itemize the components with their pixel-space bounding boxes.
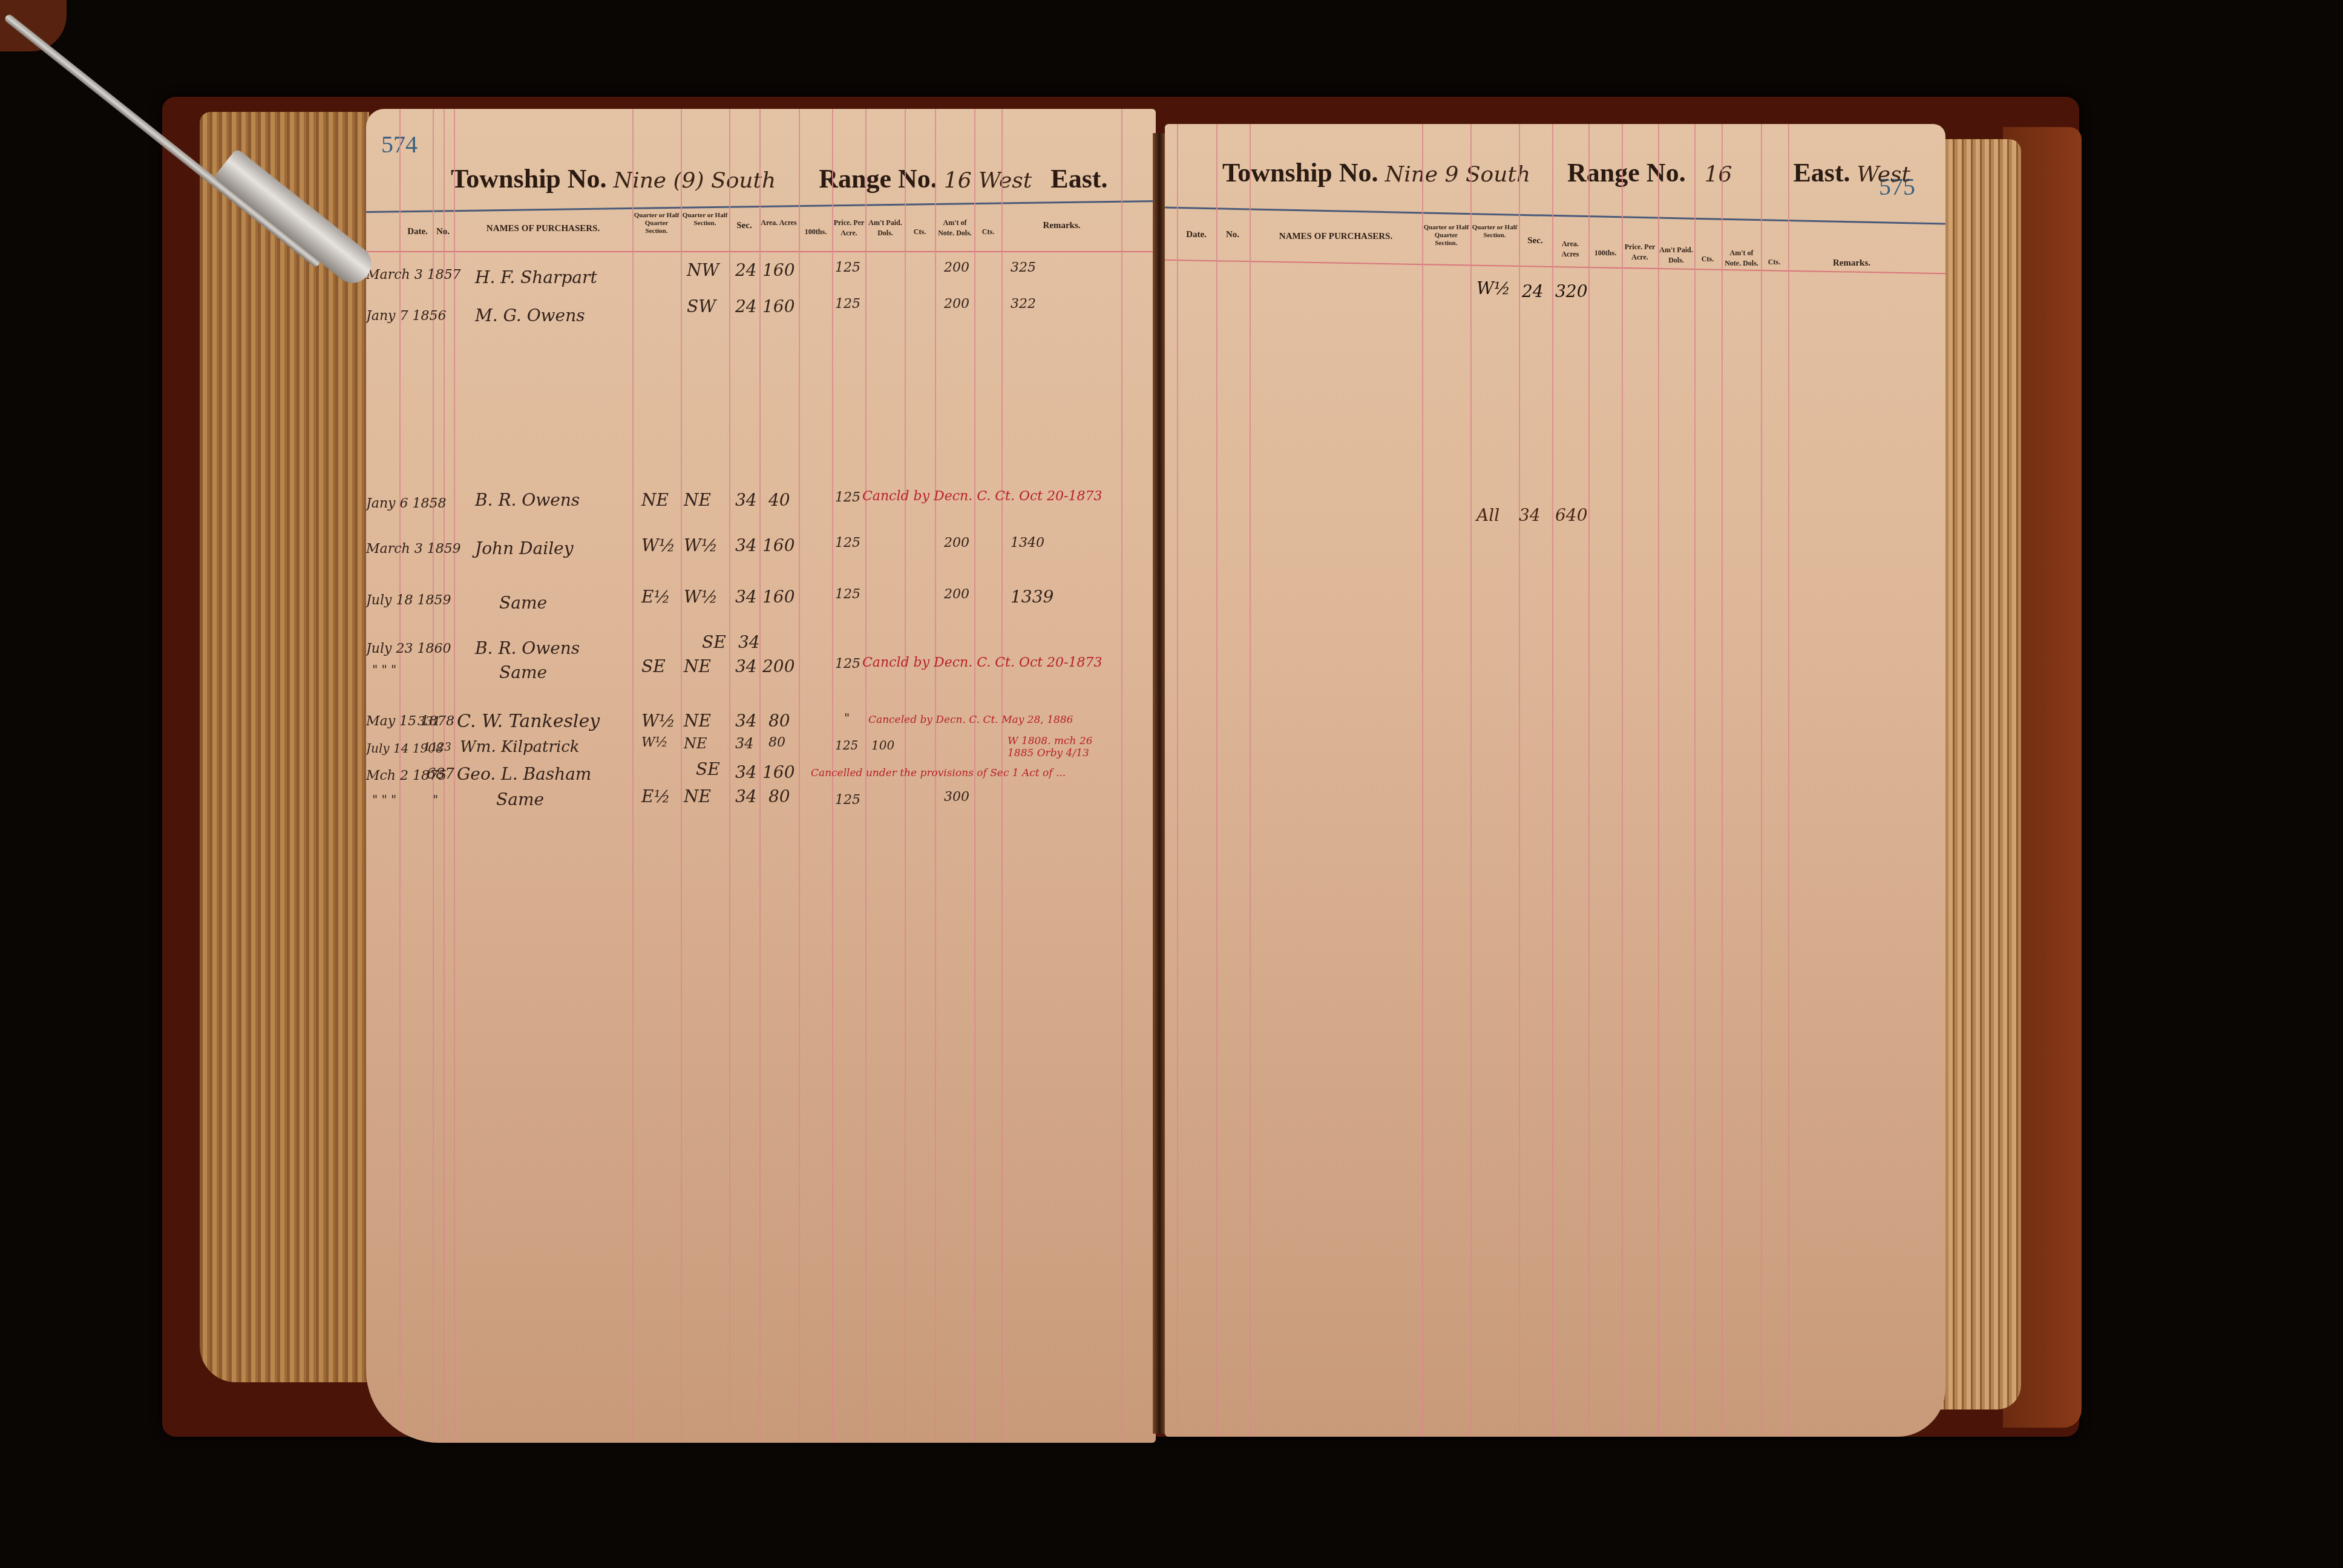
- page-block-right: [1936, 139, 2021, 1410]
- col-header-note: Am't of Note. Dols.: [1723, 248, 1760, 269]
- row-sec: 34: [738, 632, 760, 652]
- row-price: 125: [835, 738, 858, 753]
- col-header-note-cts: Cts.: [975, 227, 1001, 237]
- column-rule: [1519, 124, 1520, 1437]
- column-rule: [1250, 124, 1251, 1437]
- row-quarter: NE: [684, 490, 711, 510]
- township-label: Township No.: [451, 164, 607, 194]
- row-acres: 80: [768, 786, 790, 806]
- row-qq: W½: [641, 735, 668, 750]
- row-note: 200: [944, 587, 969, 602]
- row-acres: 320: [1555, 281, 1587, 301]
- column-rule: [1552, 124, 1553, 1437]
- header-rule: [1165, 206, 1945, 224]
- row-price: ": [844, 711, 850, 725]
- row-date: " " ": [372, 662, 396, 677]
- direction-label: East.: [1050, 164, 1107, 194]
- col-header-paid-cts: Cts.: [906, 227, 934, 237]
- row-no: 331: [418, 714, 441, 728]
- col-header-note: Am't of Note. Dols.: [936, 218, 974, 238]
- row-quarter: All: [1476, 505, 1499, 525]
- direction-value: West: [1857, 162, 1910, 187]
- row-date: July 18 1859: [366, 593, 451, 608]
- col-header-qq-section: Quarter or Half Quarter Section.: [634, 212, 680, 235]
- col-header-date: Date.: [402, 227, 433, 237]
- column-rule: [1722, 124, 1723, 1437]
- row-price: 125: [835, 296, 860, 312]
- row-qq: E½: [641, 786, 670, 806]
- row-name: B. R. Owens: [475, 490, 580, 510]
- row-price: 125: [835, 490, 860, 505]
- row-sec: 24: [1522, 281, 1544, 301]
- row-remarks: Cancld by Decn. C. Ct. Oct 20-1873: [862, 655, 1103, 670]
- row-remarks: W 1808. mch 26 1885 Orby 4/13: [1008, 735, 1110, 759]
- col-header-date: Date.: [1178, 230, 1214, 240]
- row-date: Jany 7 1856: [366, 309, 447, 324]
- row-name: Same: [496, 789, 544, 809]
- row-quarter: SE: [702, 632, 726, 652]
- range-value: 16: [1705, 162, 1732, 187]
- row-quarter: SE: [696, 759, 720, 779]
- row-paid: 100: [871, 738, 894, 753]
- col-header-remarks: Remarks.: [1791, 258, 1912, 269]
- col-header-paid: Am't Paid. Dols.: [867, 218, 904, 238]
- row-date: Jany 6 1858: [366, 496, 447, 511]
- row-name: B. R. Owens: [475, 638, 580, 658]
- header-bottom-rule: [366, 251, 1156, 252]
- col-header-no: No.: [1217, 230, 1248, 240]
- column-rule: [1588, 124, 1590, 1437]
- header-rule: [366, 200, 1156, 213]
- row-name: Geo. L. Basham: [457, 764, 591, 784]
- row-remarks: Canceled by Decn. C. Ct. May 28, 1886: [868, 714, 1073, 726]
- column-rule: [1788, 124, 1789, 1437]
- row-no: 687: [427, 765, 454, 782]
- col-header-price: Price. Per Acre.: [1623, 242, 1657, 263]
- row-price: 125: [835, 656, 860, 671]
- row-no: ": [433, 792, 438, 807]
- range-value: 16 West: [944, 168, 1032, 193]
- row-no: 1123: [424, 741, 451, 754]
- row-quarter: SW: [687, 296, 716, 316]
- col-header-q-section: Quarter or Half Section.: [682, 212, 728, 227]
- row-remarks: 1340: [1011, 535, 1044, 550]
- row-price: 125: [835, 535, 860, 550]
- row-sec: 34: [735, 535, 757, 555]
- row-remarks: Cancelled under the provisions of Sec 1 …: [811, 767, 1066, 779]
- col-header-sec: Sec.: [1520, 236, 1550, 246]
- row-sec: 34: [735, 490, 757, 510]
- direction-label: East.: [1793, 158, 1850, 188]
- row-qq: E½: [641, 587, 670, 607]
- row-date: March 3 1859: [366, 541, 461, 557]
- row-qq: NE: [641, 490, 669, 510]
- column-rule: [1761, 124, 1762, 1437]
- book-gutter: [1153, 133, 1166, 1434]
- row-qq: W½: [641, 711, 675, 731]
- col-header-note-cts: Cts.: [1762, 257, 1786, 267]
- col-header-remarks: Remarks.: [1003, 221, 1121, 231]
- row-acres: 160: [762, 296, 795, 316]
- row-acres: 160: [762, 535, 795, 555]
- row-quarter: NE: [684, 786, 711, 806]
- row-name: John Dailey: [475, 538, 574, 558]
- col-header-acres: Area. Acres: [1553, 239, 1587, 260]
- row-name: M. G. Owens: [475, 305, 585, 325]
- township-label: Township No.: [1222, 158, 1378, 188]
- row-quarter: W½: [684, 535, 718, 555]
- row-date: July 23 1860: [366, 641, 451, 656]
- row-price: 125: [835, 792, 860, 808]
- page-title: Township No. Nine 9 South Range No. 16 E…: [1222, 157, 1910, 188]
- row-remarks: Cancld by Decn. C. Ct. Oct 20-1873: [862, 489, 1103, 504]
- row-note: 300: [944, 789, 969, 805]
- row-remarks: 322: [1011, 296, 1036, 312]
- col-header-paid-cts: Cts.: [1696, 254, 1720, 264]
- col-header-sec: Sec.: [730, 221, 758, 231]
- row-acres: 200: [762, 656, 795, 676]
- row-name: Same: [499, 662, 547, 682]
- col-header-q-section: Quarter or Half Section.: [1472, 224, 1518, 240]
- row-price: 125: [835, 260, 860, 275]
- row-acres: 80: [768, 735, 785, 750]
- row-date: " " ": [372, 792, 396, 807]
- range-label: Range No.: [1567, 158, 1686, 188]
- column-rule: [1177, 124, 1178, 1437]
- row-acres: 160: [762, 587, 795, 607]
- row-sec: 34: [735, 587, 757, 607]
- row-sec: 34: [735, 735, 754, 752]
- row-sec: 34: [735, 786, 757, 806]
- col-header-100ths: 100ths.: [1590, 248, 1621, 258]
- row-name: H. F. Sharpart: [475, 267, 597, 287]
- col-header-names: NAMES OF PURCHASERS.: [1253, 232, 1419, 242]
- row-name: C. W. Tankesley: [457, 711, 600, 732]
- column-rule: [1622, 124, 1623, 1437]
- row-date: March 3 1857: [366, 267, 461, 283]
- row-qq: W½: [641, 535, 675, 555]
- row-quarter: NE: [684, 656, 711, 676]
- row-sec: 24: [735, 260, 757, 280]
- column-rule: [1422, 124, 1423, 1437]
- row-name: Same: [499, 593, 547, 613]
- row-quarter: NE: [684, 735, 707, 752]
- column-rule: [1470, 124, 1472, 1437]
- page-title: Township No. Nine (9) South Range No. 16…: [451, 163, 1107, 194]
- col-header-100ths: 100ths.: [800, 227, 831, 237]
- col-header-price: Price. Per Acre.: [833, 218, 865, 238]
- row-acres: 640: [1555, 505, 1587, 525]
- row-sec: 34: [735, 711, 757, 731]
- row-remarks: 1339: [1011, 587, 1054, 607]
- column-rule: [799, 109, 800, 1443]
- row-sec: 34: [735, 656, 757, 676]
- left-page: 574 Township No. Nine (9) South Range No…: [366, 109, 1156, 1443]
- col-header-acres: Area. Acres: [761, 218, 797, 228]
- row-name: Wm. Kilpatrick: [460, 738, 580, 756]
- row-qq: SE: [641, 656, 666, 676]
- row-note: 200: [944, 535, 969, 550]
- page-block-left: [200, 112, 369, 1382]
- row-note: 200: [944, 296, 969, 312]
- column-rule: [1216, 124, 1217, 1437]
- row-sec: 34: [735, 762, 757, 782]
- col-header-names: NAMES OF PURCHASERS.: [457, 224, 629, 234]
- row-acres: 160: [762, 260, 795, 280]
- right-page: 575 Township No. Nine 9 South Range No. …: [1165, 124, 1945, 1437]
- row-price: 125: [835, 587, 860, 602]
- column-rule: [729, 109, 730, 1443]
- row-acres: 40: [768, 490, 790, 510]
- row-quarter: NW: [687, 260, 719, 280]
- col-header-paid: Am't Paid. Dols.: [1659, 245, 1693, 266]
- row-sec: 24: [735, 296, 757, 316]
- range-label: Range No.: [819, 164, 937, 194]
- column-rule: [681, 109, 682, 1443]
- row-acres: 80: [768, 711, 790, 731]
- row-quarter: W½: [1476, 278, 1510, 298]
- column-rule: [1121, 109, 1122, 1443]
- township-value: Nine (9) South: [614, 168, 776, 193]
- col-header-qq-section: Quarter or Half Quarter Section.: [1423, 224, 1469, 247]
- row-sec: 34: [1519, 505, 1541, 525]
- col-header-no: No.: [434, 227, 452, 237]
- row-acres: 160: [762, 762, 795, 782]
- column-rule: [632, 109, 634, 1443]
- row-note: 200: [944, 260, 969, 275]
- row-date: May 15 1878: [366, 714, 454, 729]
- row-quarter: W½: [684, 587, 718, 607]
- row-quarter: NE: [684, 711, 711, 731]
- row-remarks: 325: [1011, 260, 1036, 275]
- column-rule: [1658, 124, 1659, 1437]
- township-value: Nine 9 South: [1385, 162, 1530, 187]
- column-rule: [759, 109, 761, 1443]
- column-rule: [1694, 124, 1696, 1437]
